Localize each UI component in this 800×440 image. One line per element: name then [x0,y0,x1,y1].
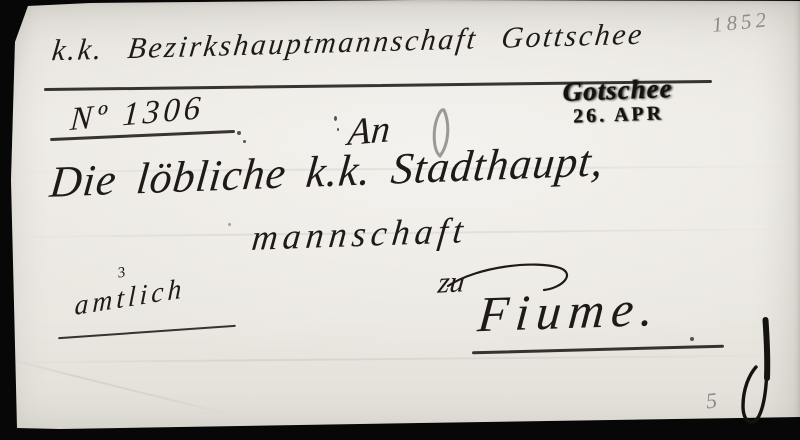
ink-loop-flourish [733,318,775,433]
ink-speck [237,131,241,135]
postmark-place: Gotschee [537,74,698,107]
scanned-letter-cover: k.k. Bezirkshauptmannschaft Gottschee 18… [0,0,800,440]
ink-speck [334,116,337,121]
postmark: Gotschee 26. APR [537,74,699,128]
ink-speck [337,128,339,131]
pencil-number-note: 5 [705,389,718,412]
fold-crease [0,355,800,364]
address-line-4: Fiume. [476,283,663,340]
fold-crease [3,357,227,415]
address-line-2: mannschaft [250,212,470,256]
handling-superscript: 3 [117,265,127,281]
ink-speck [690,337,694,341]
ink-speck [243,140,246,143]
ink-speck [228,223,231,226]
